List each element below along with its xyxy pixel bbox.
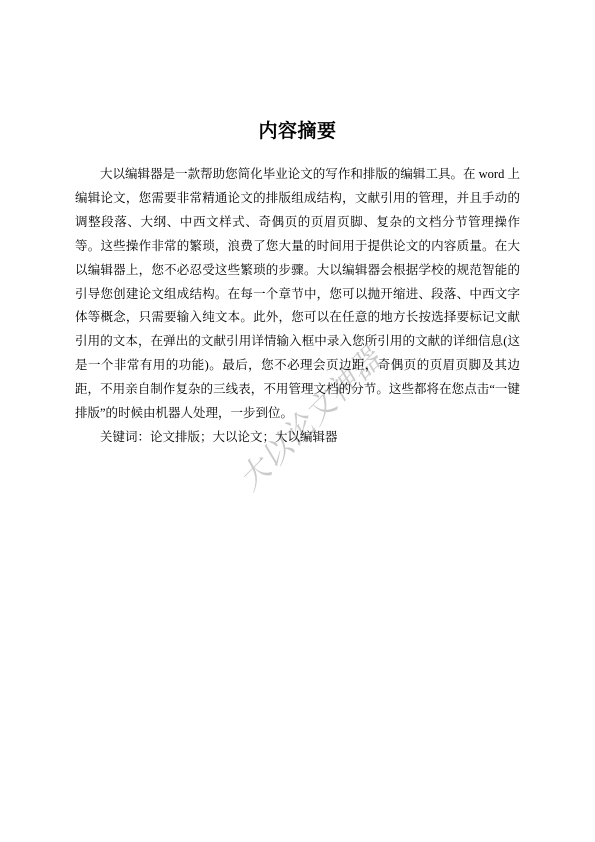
abstract-paragraph: 大以编辑器是一款帮助您简化毕业论文的写作和排版的编辑工具。在 word 上编辑论… — [75, 163, 520, 426]
keywords-line: 关键词：论文排版；大以论文；大以编辑器 — [75, 426, 520, 450]
document-page: 大以论文神器 内容摘要 大以编辑器是一款帮助您简化毕业论文的写作和排版的编辑工具… — [0, 0, 595, 842]
page-title: 内容摘要 — [0, 116, 595, 143]
document-body: 大以编辑器是一款帮助您简化毕业论文的写作和排版的编辑工具。在 word 上编辑论… — [75, 163, 520, 450]
